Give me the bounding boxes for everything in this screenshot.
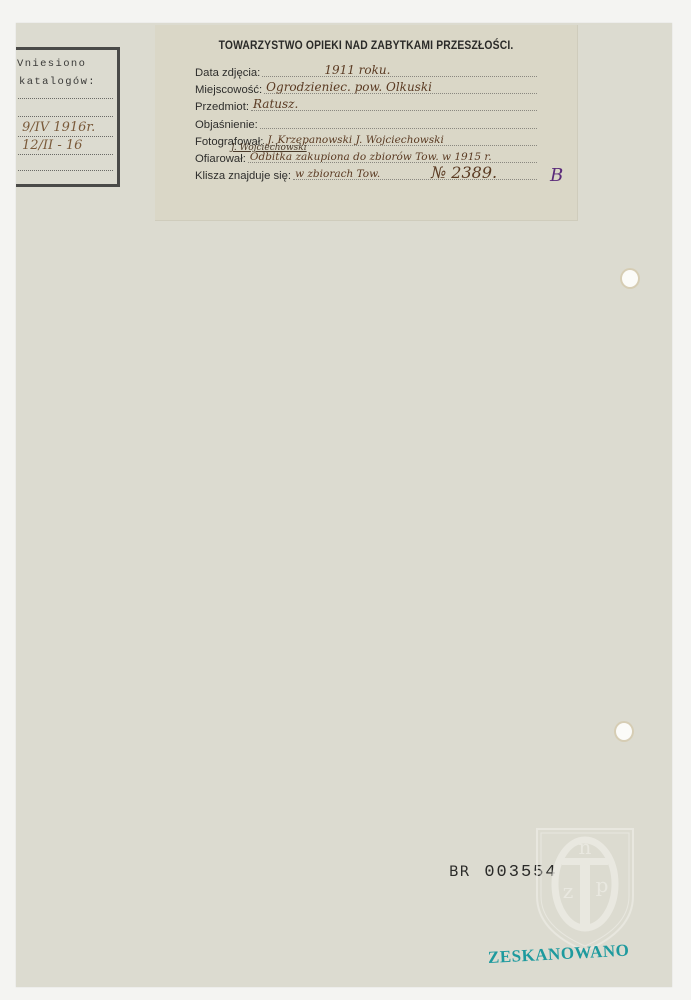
- stamp-line-2: katalogów:: [19, 76, 96, 88]
- field-value: Odbitka zakupiona do zbiorów Tow. w 1915…: [250, 151, 492, 163]
- catalog-stamp-box: Vniesiono katalogów: 9/IV 1916r. 12/II -…: [16, 47, 120, 187]
- field-label: Przedmiot:: [195, 101, 249, 113]
- stamp-dotted-line: [18, 116, 113, 117]
- field-subject: Przedmiot: Ratusz.: [195, 97, 537, 113]
- field-photo-date: Data zdjęcia: 1911 roku.: [195, 63, 537, 79]
- scanned-stamp: ZESKANOWANO: [487, 941, 629, 968]
- field-value: Ratusz.: [253, 97, 298, 111]
- field-negative-location: Klisza znajduje się: w zbiorach Tow. № 2…: [195, 166, 537, 182]
- field-value: Ogrodzieniec. pow. Olkuski: [266, 80, 432, 94]
- field-value: w zbiorach Tow.: [295, 168, 380, 180]
- field-value: 1911 roku.: [324, 63, 390, 77]
- stamp-dotted-line: [18, 170, 113, 171]
- stamp-dotted-line: [18, 98, 113, 99]
- stamp-line-1: Vniesiono: [17, 58, 86, 70]
- field-label: Miejscowość:: [195, 84, 262, 96]
- society-title: TOWARZYSTWO OPIEKI NAD ZABYTKAMI PRZESZŁ…: [185, 38, 548, 52]
- svg-text:p: p: [596, 873, 609, 897]
- stamp-dotted-line: [18, 154, 113, 155]
- stamp-entry-2: 12/II - 16: [22, 138, 82, 153]
- purple-mark: B: [550, 165, 563, 186]
- field-label: Klisza znajduje się:: [195, 170, 291, 182]
- photo-record-label: TOWARZYSTWO OPIEKI NAD ZABYTKAMI PRZESZŁ…: [155, 25, 578, 221]
- watermark-emblem-icon: n z p: [534, 826, 636, 954]
- stamp-dotted-line: [18, 136, 113, 137]
- negative-number: № 2389.: [431, 163, 497, 182]
- field-label: Data zdjęcia:: [195, 67, 260, 79]
- field-location: Miejscowość: Ogrodzieniec. pow. Olkuski: [195, 80, 537, 96]
- stamp-entry-1: 9/IV 1916r.: [22, 120, 95, 135]
- field-label: Objaśnienie:: [195, 119, 258, 131]
- svg-text:z: z: [563, 879, 574, 903]
- archive-card-page: Vniesiono katalogów: 9/IV 1916r. 12/II -…: [16, 23, 672, 987]
- punch-hole-top: [622, 270, 638, 287]
- field-explanation: Objaśnienie:: [195, 115, 537, 131]
- field-label: Ofiarował:: [195, 153, 246, 165]
- punch-hole-bottom: [616, 723, 632, 740]
- svg-text:n: n: [579, 835, 592, 859]
- serial-prefix: BR: [449, 864, 470, 880]
